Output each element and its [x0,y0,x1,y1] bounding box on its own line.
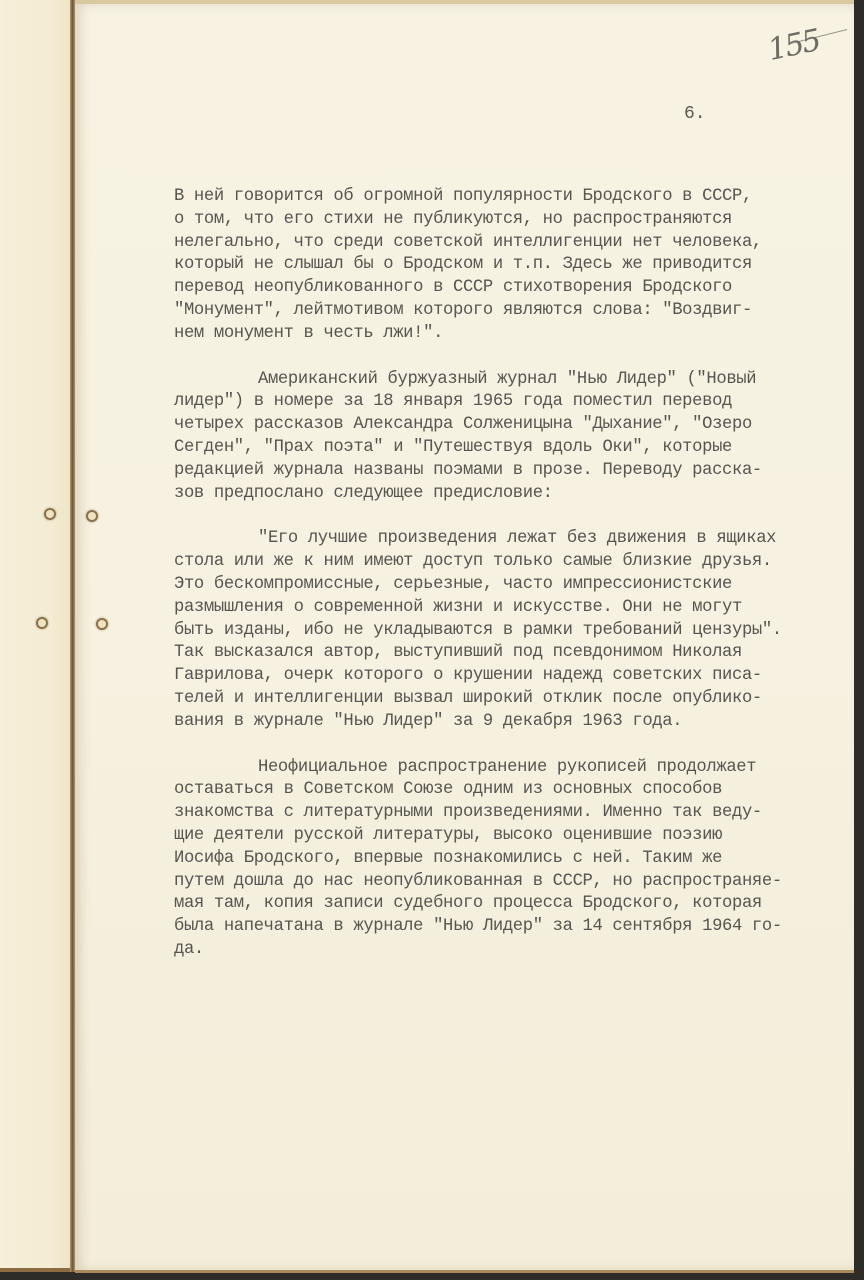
text-line: Американский буржуазный журнал "Нью Лиде… [174,369,854,392]
text-line: Гаврилова, очерк которого о крушении над… [174,665,854,688]
text-line: Это бескомпромиссные, серьезные, часто и… [174,574,854,597]
text-line: зов предпослано следующее предисловие: [174,483,854,506]
left-page-edge [0,0,72,1272]
page-number: 6. [684,104,706,124]
text-line: знакомства с литературными произведениям… [174,802,854,825]
text-line: стола или же к ним имеют доступ только с… [174,551,854,574]
text-line: редакцией журнала названы поэмами в проз… [174,460,854,483]
paragraph: В ней говорится об огромной популярности… [174,186,854,346]
text-line: о том, что его стихи не публикуются, но … [174,209,854,232]
text-line: путем дошла до нас неопубликованная в СС… [174,871,854,894]
text-line: быть изданы, ибо не укладываются в рамки… [174,620,854,643]
text-line: четырех рассказов Александра Солженицына… [174,414,854,437]
paragraph: "Его лучшие произведения лежат без движе… [174,528,854,733]
text-line: мая там, копия записи судебного процесса… [174,893,854,916]
text-line: Иосифа Бродского, впервые познакомились … [174,848,854,871]
text-line: нем монумент в честь лжи!". [174,323,854,346]
binding-hole [96,618,108,630]
binding-hole [86,510,98,522]
text-line: "Монумент", лейтмотивом которого являютс… [174,300,854,323]
text-line: размышления о современной жизни и искусс… [174,597,854,620]
text-line: "Его лучшие произведения лежат без движе… [174,528,854,551]
binding-hole [44,508,56,520]
document-body: В ней говорится об огромной популярности… [174,186,854,962]
text-line: оставаться в Советском Союзе одним из ос… [174,779,854,802]
text-line: нелегально, что среди советской интеллиг… [174,232,854,255]
paragraph: Неофициальное распространение рукописей … [174,757,854,962]
text-line: перевод неопубликованного в СССР стихотв… [174,277,854,300]
text-line: щие деятели русской литературы, высоко о… [174,825,854,848]
text-line: была напечатана в журнале "Нью Лидер" за… [174,916,854,939]
text-line: Сегден", "Прах поэта" и "Путешествуя вдо… [174,437,854,460]
binding-hole [36,617,48,629]
text-line: Неофициальное распространение рукописей … [174,757,854,780]
text-line: вания в журнале "Нью Лидер" за 9 декабря… [174,711,854,734]
text-line: который не слышал бы о Бродском и т.п. З… [174,254,854,277]
paragraph: Американский буржуазный журнал "Нью Лиде… [174,369,854,506]
text-line: лидер") в номере за 18 января 1965 года … [174,391,854,414]
text-line: Так высказался автор, выступивший под пс… [174,642,854,665]
text-line: да. [174,939,854,962]
text-line: телей и интеллигенции вызвал широкий отк… [174,688,854,711]
text-line: В ней говорится об огромной популярности… [174,186,854,209]
